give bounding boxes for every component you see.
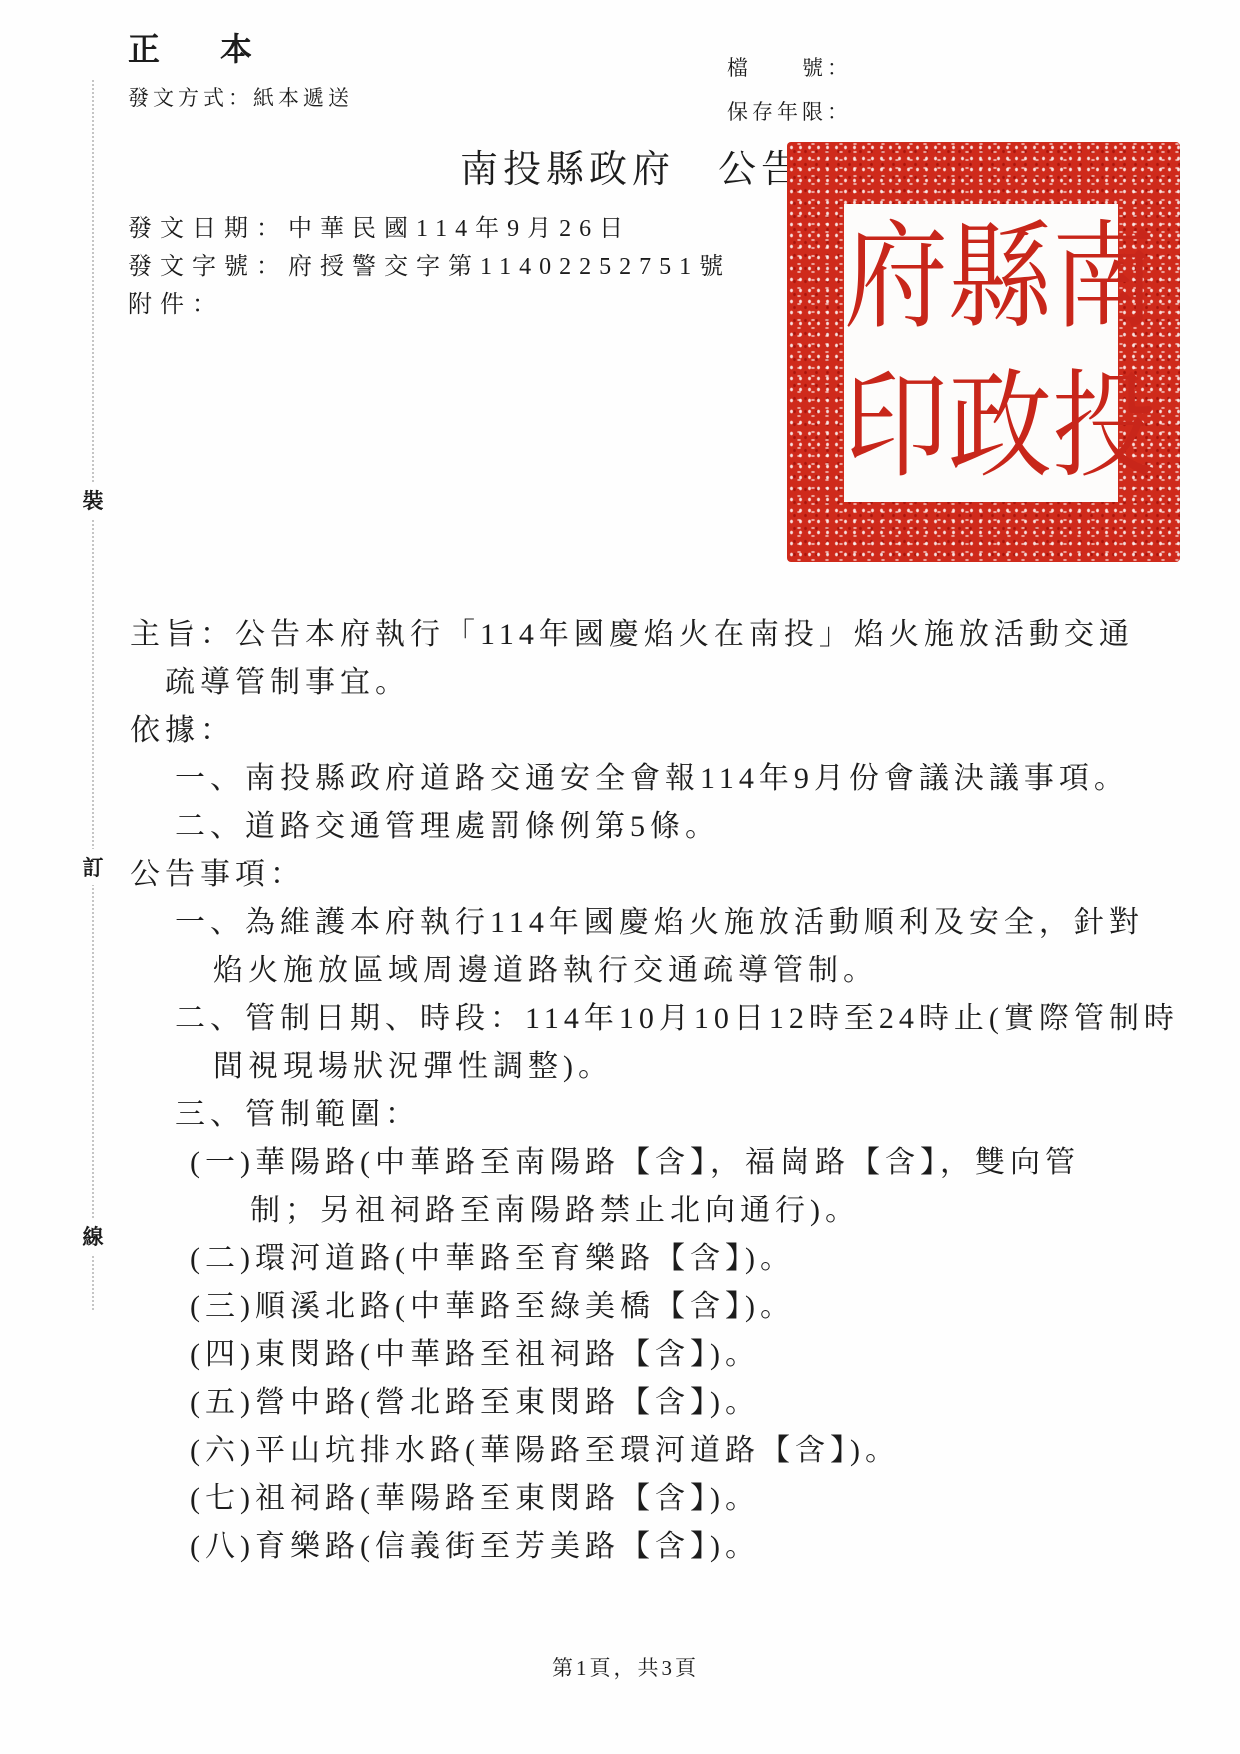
body-line-basis-2: 二、道路交通管理處罰條例第5條。 xyxy=(175,810,720,844)
binding-mark-zhuang: 裝 xyxy=(79,482,107,518)
binding-mark-ding: 訂 xyxy=(79,849,107,885)
official-seal-characters: 府 印 縣 政 南 投 xyxy=(844,204,1118,502)
body-line-road-5: (五)營中路(營北路至東閔路【含】)。 xyxy=(190,1386,760,1420)
page-number-footer: 第1頁，共3頁 xyxy=(552,1652,699,1682)
body-line-road-8: (八)育樂路(信義街至芳美路【含】)。 xyxy=(190,1530,760,1564)
body-line-item-3: 三、管制範圍： xyxy=(175,1098,420,1132)
seal-character-xian: 縣 xyxy=(948,220,1052,336)
seal-character-tou: 投 xyxy=(1052,369,1156,485)
official-seal: 府 印 縣 政 南 投 xyxy=(787,142,1180,562)
delivery-method-label: 發文方式：紙本遞送 xyxy=(128,82,353,112)
body-line-road-1: (一)華陽路(中華路至南陽路【含】，福崗路【含】，雙向管 xyxy=(190,1146,1080,1180)
document-number: 發文字號：府授警交字第11402252751號 xyxy=(128,246,731,281)
seal-character-yin: 印 xyxy=(844,369,948,485)
body-line-items-label: 公告事項： xyxy=(130,858,305,892)
seal-character-zheng: 政 xyxy=(948,369,1052,485)
binding-mark-xian: 線 xyxy=(79,1218,107,1254)
body-line-road-4: (四)東閔路(中華路至祖祠路【含】)。 xyxy=(190,1338,760,1372)
issue-date: 發文日期：中華民國114年9月26日 xyxy=(128,208,631,243)
seal-character-nan: 南 xyxy=(1052,220,1156,336)
official-document-page: 裝 訂 線 正 本 發文方式：紙本遞送 檔 號： 保存年限： 南投縣政府 公告 … xyxy=(0,0,1240,1754)
body-line-road-1-cont: 制；另祖祠路至南陽路禁止北向通行)。 xyxy=(250,1194,860,1228)
body-line-road-6: (六)平山坑排水路(華陽路至環河道路【含】)。 xyxy=(190,1434,900,1468)
body-line-item-1-cont: 焰火施放區域周邊道路執行交通疏導管制。 xyxy=(213,954,878,988)
retention-period-label: 保存年限： xyxy=(727,96,852,126)
body-line-item-2-cont: 間視現場狀況彈性調整)。 xyxy=(213,1050,613,1084)
body-line-subject: 主旨：公告本府執行「114年國慶焰火在南投」焰火施放活動交通 xyxy=(130,618,1134,652)
binding-dotted-line xyxy=(92,80,94,1310)
body-line-basis-1: 一、南投縣政府道路交通安全會報114年9月份會議決議事項。 xyxy=(175,762,1129,796)
body-line-item-1: 一、為維護本府執行114年國慶焰火施放活動順利及安全，針對 xyxy=(175,906,1144,940)
file-number-label: 檔 號： xyxy=(727,52,852,82)
seal-character-fu: 府 xyxy=(844,220,948,336)
document-title: 南投縣政府 公告 xyxy=(460,138,804,193)
body-line-subject-cont: 疏導管制事宜。 xyxy=(165,666,410,700)
copy-type-label: 正 本 xyxy=(128,24,266,70)
body-line-road-2: (二)環河道路(中華路至育樂路【含】)。 xyxy=(190,1242,795,1276)
body-line-road-3: (三)順溪北路(中華路至綠美橋【含】)。 xyxy=(190,1290,795,1324)
body-line-basis-label: 依據： xyxy=(130,714,235,748)
attachment-label: 附件： xyxy=(128,284,224,319)
body-line-item-2: 二、管制日期、時段：114年10月10日12時至24時止(實際管制時 xyxy=(175,1002,1179,1036)
body-line-road-7: (七)祖祠路(華陽路至東閔路【含】)。 xyxy=(190,1482,760,1516)
